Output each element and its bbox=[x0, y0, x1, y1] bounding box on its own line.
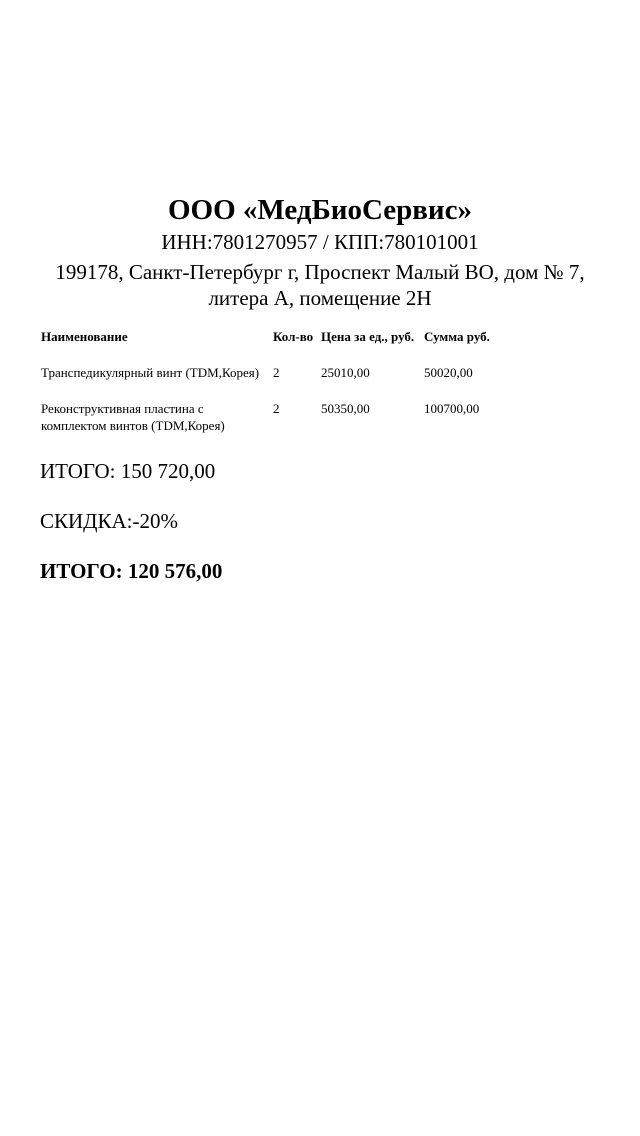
company-address: 199178, Санкт-Петербург г, Проспект Малы… bbox=[0, 259, 640, 311]
discount: СКИДКА:-20% bbox=[40, 508, 222, 558]
column-header-qty: Кол-во bbox=[273, 328, 321, 345]
column-header-price: Цена за ед., руб. bbox=[321, 328, 421, 345]
subtotal: ИТОГО: 150 720,00 bbox=[40, 458, 222, 508]
item-price: 25010,00 bbox=[321, 364, 421, 381]
grand-total: ИТОГО: 120 576,00 bbox=[40, 558, 222, 608]
item-sum: 100700,00 bbox=[424, 400, 544, 417]
tax-ids: ИНН:7801270957 / КПП:780101001 bbox=[0, 229, 640, 255]
company-name: ООО «МедБиоСервис» bbox=[0, 193, 640, 227]
totals-block: ИТОГО: 150 720,00 СКИДКА:-20% ИТОГО: 120… bbox=[40, 458, 222, 608]
column-header-sum: Сумма руб. bbox=[424, 328, 544, 345]
column-header-name: Наименование bbox=[41, 328, 271, 345]
table-row: Реконструктивная пластина с комплектом в… bbox=[41, 400, 601, 436]
item-name: Транспедикулярный винт (TDM,Корея) bbox=[41, 364, 271, 381]
item-sum: 50020,00 bbox=[424, 364, 544, 381]
table-header-row: Наименование Кол-во Цена за ед., руб. Су… bbox=[41, 328, 601, 364]
invoice-header: ООО «МедБиоСервис» ИНН:7801270957 / КПП:… bbox=[0, 193, 640, 311]
item-name: Реконструктивная пластина с комплектом в… bbox=[41, 400, 271, 434]
items-table: Наименование Кол-во Цена за ед., руб. Су… bbox=[41, 328, 601, 436]
item-price: 50350,00 bbox=[321, 400, 421, 417]
item-qty: 2 bbox=[273, 364, 321, 381]
table-row: Транспедикулярный винт (TDM,Корея) 2 250… bbox=[41, 364, 601, 400]
item-qty: 2 bbox=[273, 400, 321, 417]
